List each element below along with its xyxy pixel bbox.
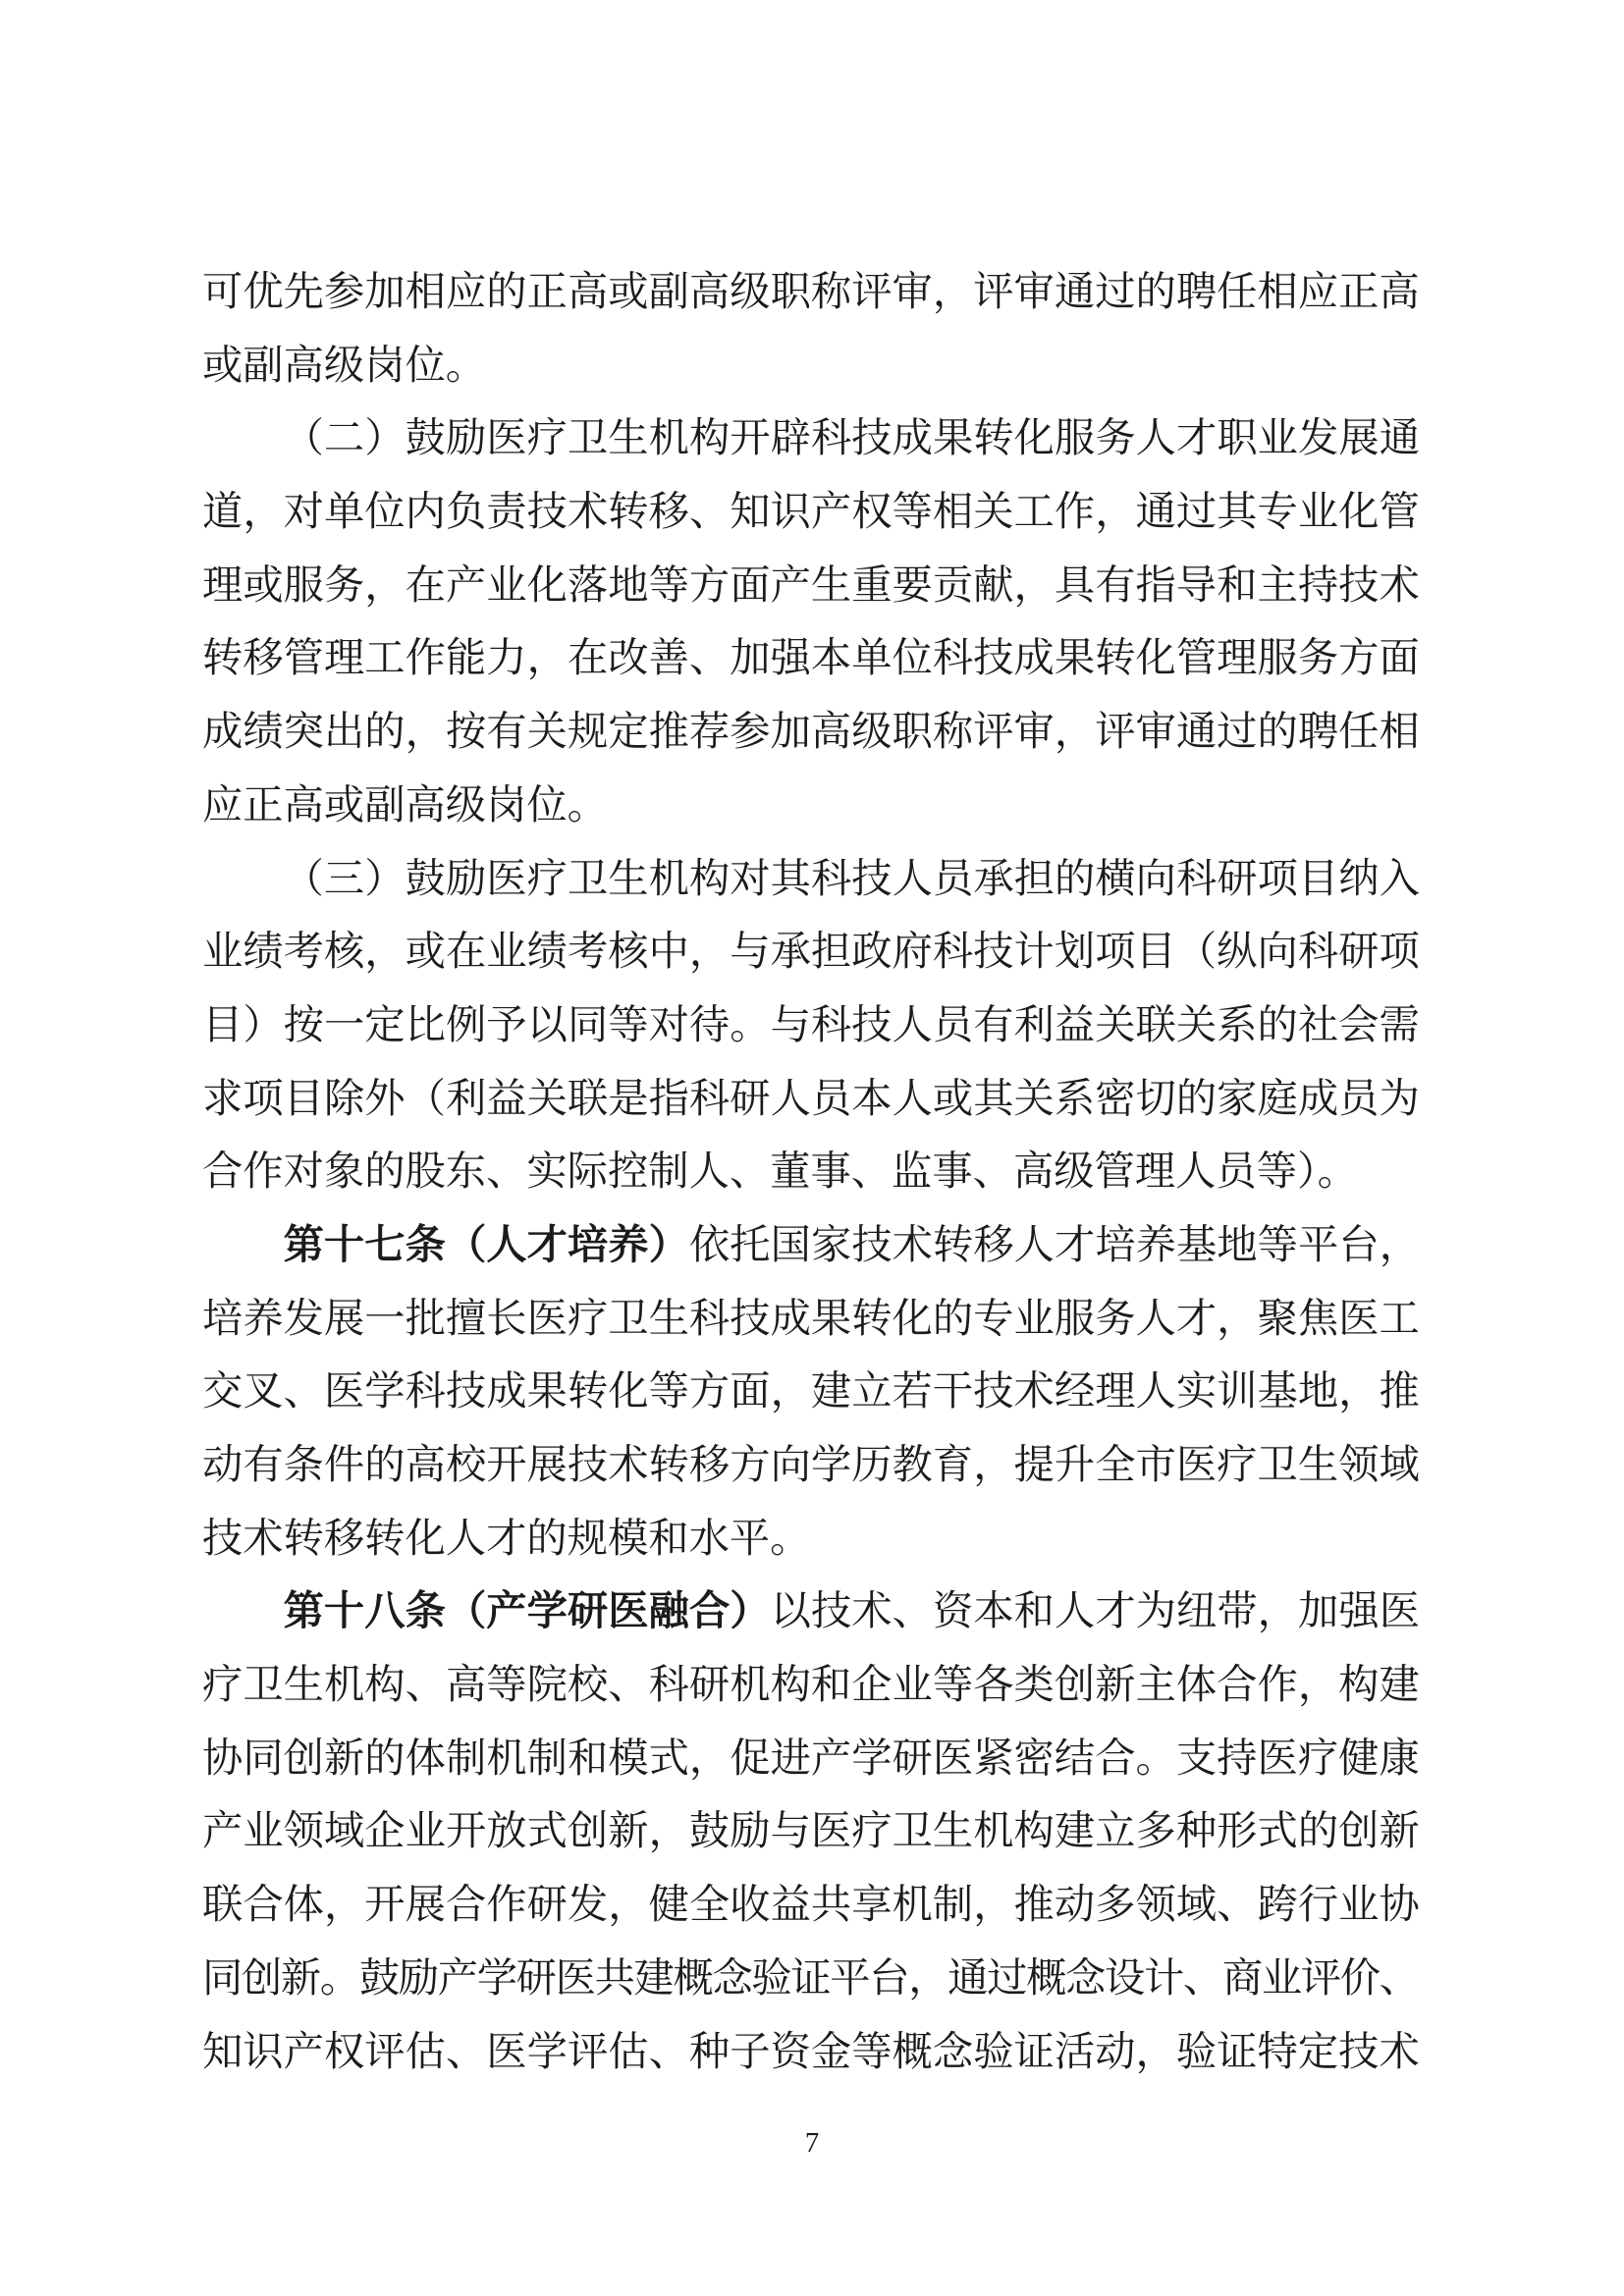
body-text: 动有条件的高校开展技术转移方向学历教育，提升全市医疗卫生领域 xyxy=(202,1442,1420,1487)
body-text: 联合体，开展合作研发，健全收益共享机制，推动多领域、跨行业协 xyxy=(202,1882,1420,1927)
body-text: 技术转移转化人才的规模和水平。 xyxy=(202,1516,810,1561)
text-line: 应正高或副高级岗位。 xyxy=(202,769,1420,842)
text-line: 知识产权评估、医学评估、种子资金等概念验证活动，验证特定技术 xyxy=(202,2015,1420,2089)
text-line: 可优先参加相应的正高或副高级职称评审，评审通过的聘任相应正高 xyxy=(202,255,1420,329)
text-line: 动有条件的高校开展技术转移方向学历教育，提升全市医疗卫生领域 xyxy=(202,1428,1420,1502)
document-page: 可优先参加相应的正高或副高级职称评审，评审通过的聘任相应正高或副高级岗位。（二）… xyxy=(0,0,1624,2296)
text-line: 转移管理工作能力，在改善、加强本单位科技成果转化管理服务方面 xyxy=(202,621,1420,695)
body-text: 依托国家技术转移人才培养基地等平台， xyxy=(689,1222,1420,1267)
text-line: 求项目除外（利益关联是指科研人员本人或其关系密切的家庭成员为 xyxy=(202,1062,1420,1136)
body-text: 道，对单位内负责技术转移、知识产权等相关工作，通过其专业化管 xyxy=(202,489,1420,534)
body-text: 理或服务，在产业化落地等方面产生重要贡献，具有指导和主持技术 xyxy=(202,562,1420,608)
body-text: 协同创新的体制机制和模式，促进产学研医紧密结合。支持医疗健康 xyxy=(202,1735,1420,1781)
body-text: 目）按一定比例予以同等对待。与科技人员有利益关联关系的社会需 xyxy=(202,1002,1420,1047)
body-text: 以技术、资本和人才为纽带，加强医 xyxy=(771,1588,1420,1633)
body-text: 知识产权评估、医学评估、种子资金等概念验证活动，验证特定技术 xyxy=(202,2029,1420,2074)
body-text: （二）鼓励医疗卫生机构开辟科技成果转化服务人才职业发展通 xyxy=(284,415,1420,460)
text-line: 目）按一定比例予以同等对待。与科技人员有利益关联关系的社会需 xyxy=(202,988,1420,1062)
body-text: 成绩突出的，按有关规定推荐参加高级职称评审，评审通过的聘任相 xyxy=(202,709,1420,754)
text-line: 联合体，开展合作研发，健全收益共享机制，推动多领域、跨行业协 xyxy=(202,1868,1420,1942)
text-line: 培养发展一批擅长医疗卫生科技成果转化的专业服务人才，聚焦医工 xyxy=(202,1282,1420,1356)
body-text: 或副高级岗位。 xyxy=(202,343,486,388)
text-line: 合作对象的股东、实际控制人、董事、监事、高级管理人员等）。 xyxy=(202,1135,1420,1208)
section-heading: 第十七条（人才培养） xyxy=(284,1222,689,1267)
text-line: 或副高级岗位。 xyxy=(202,329,1420,402)
body-text: 同创新。鼓励产学研医共建概念验证平台，通过概念设计、商业评价、 xyxy=(202,1955,1419,2001)
body-text: 疗卫生机构、高等院校、科研机构和企业等各类创新主体合作，构建 xyxy=(202,1662,1420,1707)
body-text: 应正高或副高级岗位。 xyxy=(202,782,608,828)
text-line: 同创新。鼓励产学研医共建概念验证平台，通过概念设计、商业评价、 xyxy=(202,1942,1420,2015)
text-line: 交叉、医学科技成果转化等方面，建立若干技术经理人实训基地，推 xyxy=(202,1355,1420,1428)
body-text: 业绩考核，或在业绩考核中，与承担政府科技计划项目（纵向科研项 xyxy=(202,929,1420,974)
text-line: 理或服务，在产业化落地等方面产生重要贡献，具有指导和主持技术 xyxy=(202,549,1420,622)
text-line: 技术转移转化人才的规模和水平。 xyxy=(202,1502,1420,1575)
text-line: 第十八条（产学研医融合）以技术、资本和人才为纽带，加强医 xyxy=(202,1575,1420,1648)
text-line: （三）鼓励医疗卫生机构对其科技人员承担的横向科研项目纳入 xyxy=(202,842,1420,916)
section-heading: 第十八条（产学研医融合） xyxy=(284,1588,771,1633)
body-text: 合作对象的股东、实际控制人、董事、监事、高级管理人员等）。 xyxy=(202,1148,1358,1194)
text-line: 道，对单位内负责技术转移、知识产权等相关工作，通过其专业化管 xyxy=(202,475,1420,549)
body-text: 求项目除外（利益关联是指科研人员本人或其关系密切的家庭成员为 xyxy=(202,1076,1420,1121)
text-line: 成绩突出的，按有关规定推荐参加高级职称评审，评审通过的聘任相 xyxy=(202,695,1420,769)
body-text: （三）鼓励医疗卫生机构对其科技人员承担的横向科研项目纳入 xyxy=(284,856,1420,901)
text-line: 产业领域企业开放式创新，鼓励与医疗卫生机构建立多种形式的创新 xyxy=(202,1794,1420,1868)
body-text: 转移管理工作能力，在改善、加强本单位科技成果转化管理服务方面 xyxy=(202,635,1420,680)
body-text: 交叉、医学科技成果转化等方面，建立若干技术经理人实训基地，推 xyxy=(202,1368,1420,1414)
text-line: 业绩考核，或在业绩考核中，与承担政府科技计划项目（纵向科研项 xyxy=(202,915,1420,988)
text-line: （二）鼓励医疗卫生机构开辟科技成果转化服务人才职业发展通 xyxy=(202,401,1420,475)
text-line: 协同创新的体制机制和模式，促进产学研医紧密结合。支持医疗健康 xyxy=(202,1722,1420,1795)
document-body: 可优先参加相应的正高或副高级职称评审，评审通过的聘任相应正高或副高级岗位。（二）… xyxy=(202,255,1420,2088)
body-text: 产业领域企业开放式创新，鼓励与医疗卫生机构建立多种形式的创新 xyxy=(202,1808,1420,1853)
body-text: 培养发展一批擅长医疗卫生科技成果转化的专业服务人才，聚焦医工 xyxy=(202,1296,1420,1341)
body-text: 可优先参加相应的正高或副高级职称评审，评审通过的聘任相应正高 xyxy=(202,269,1420,314)
page-number: 7 xyxy=(0,2126,1624,2160)
text-line: 第十七条（人才培养）依托国家技术转移人才培养基地等平台， xyxy=(202,1208,1420,1282)
text-line: 疗卫生机构、高等院校、科研机构和企业等各类创新主体合作，构建 xyxy=(202,1648,1420,1722)
